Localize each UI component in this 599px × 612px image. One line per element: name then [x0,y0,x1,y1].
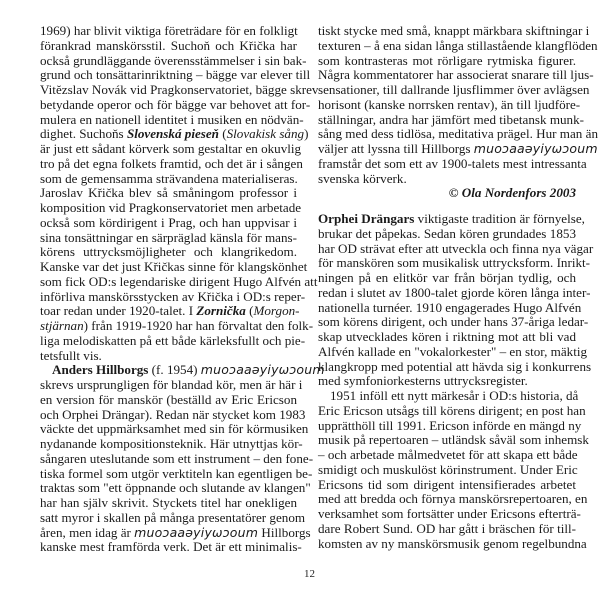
text-span: (f. 1954) [148,362,200,377]
text-line: mulera en nationell identitet i musiken … [40,113,297,128]
text-line: med att bredda och förnya manskörsrepert… [318,492,576,507]
text-line: och Orphei Drängar). Redan när stycket k… [40,408,297,423]
text-line: som de gemensamma strävandena materialis… [40,172,297,187]
work-title: muoɔaaəyiyωɔoum [134,525,258,540]
text-span: dighet. Suchoňs [40,126,127,141]
text-line: Ericsons tid som dirigent intensifierade… [318,478,576,493]
text-line: brukar det påpekas. Sedan kören grundade… [318,227,576,242]
text-line: svenska körverk. [318,172,576,187]
text-line: Jaroslav Křička blev så småningom profes… [40,186,297,201]
text-line: nationella turnéer. 1910 engagerades Hug… [318,301,576,316]
text-line: redan i slutet av 1800-talet gjorde köre… [318,286,576,301]
document-page: 1969) har blivit viktiga företrädare för… [0,0,599,612]
work-title: muoɔaaəyiyωɔoum [474,141,598,156]
text-line: traktas som "ett öppnande och slutande a… [40,481,297,496]
text-line: komsten av ny manskörsmusik genom regelb… [318,537,576,552]
text-line: åren, men idag är muoɔaaəyiyωɔoum Hillbo… [40,526,297,541]
text-span: ) från 1919-1920 har han förvaltat den f… [84,318,313,333]
text-line: sina tonsättningar en särpräglad känsla … [40,231,297,246]
work-title: muoɔaaəyiyωɔoum [201,362,325,377]
text-line: också grundläggande överensstämmelser i … [40,54,297,69]
text-line: dare Robert Sund. OD har gått i bräschen… [318,522,576,537]
text-line: ningen på en elitkör var från början tyd… [318,271,576,286]
text-line: klangkropp med potential att hävda sig i… [318,360,576,375]
text-line: smidigt och muskulöst körinstrument. Und… [318,463,576,478]
text-span: Slovakisk sång [227,126,304,141]
text-span: viktigaste tradition är förnyelse, [414,211,585,226]
text-span: ) [304,126,308,141]
text-line: införliva manskörsstycken av Křička i OD… [40,290,297,305]
text-line: som kontrasteras mot rörligare rytmiska … [318,54,576,69]
text-line: skrevs ursprungligen för blandad kör, me… [40,378,297,393]
page-number: 12 [304,568,315,580]
text-line: Orphei Drängars viktigaste tradition är … [318,212,576,227]
text-line: sång med dess tidlösa, meditativa prägel… [318,127,576,142]
emphasis-text: Zornička [196,303,245,318]
text-span: väljer att lyssna till Hillborgs [318,141,474,156]
right-column: tiskt stycke med små, knappt märkbara sk… [318,24,576,551]
emphasis-text: Anders Hillborgs [52,362,148,377]
text-line: är just ett sådant körverk som gestaltar… [40,142,297,157]
text-line: horisont (kanske norrsken rentav), än ti… [318,98,576,113]
text-line: komposition vid Pragkonservatoriet men a… [40,201,297,216]
text-line: tetsfullt vis. [40,349,297,364]
text-line: musik på repertoaren – utländsk såväl so… [318,433,576,448]
text-line: har OD strävat efter att utveckla och fi… [318,242,576,257]
text-line: tiskt stycke med små, knappt märkbara sk… [318,24,576,39]
emphasis-text: Slovenská pieseň [127,126,219,141]
text-line: med symfoniorkesterns uttrycksregister. [318,374,576,389]
text-line: tiska formel som utgör verktiteln kan eg… [40,467,297,482]
text-line: Anders Hillborgs (f. 1954) muoɔaaəyiyωɔo… [40,363,297,378]
text-span: ( [219,126,227,141]
text-line: Eric Ericson utsågs till körens dirigent… [318,404,576,419]
text-line: Vitĕzslav Novák vid Pragkonservatoriet, … [40,83,297,98]
text-line: för manskören som musikalisk uttrycksfor… [318,256,576,271]
text-line: nydanande kompositionsteknik. Här utnytt… [40,437,297,452]
text-span: Morgon- [253,303,299,318]
text-line: som fick OD:s legendariske dirigent Hugo… [40,275,297,290]
text-line: väckte det uppmärksamhet med sin för kör… [40,422,297,437]
text-line: satt myror i skallen på många presentatö… [40,511,297,526]
text-line: 1951 inföll ett nytt märkesår i OD:s his… [318,389,576,404]
text-span: toar redan under 1920-talet. I [40,303,196,318]
text-line: ställningar, andra har jämfört med tibet… [318,113,576,128]
text-line: betydande operor och för bägge var behov… [40,98,297,113]
text-line: körens uttrycksmöjligheter och klangrike… [40,245,297,260]
text-line: upprätthöll till 1991. Ericson införde e… [318,419,576,434]
text-line: sångaren uteslutande som ett instrument … [40,452,297,467]
emphasis-text: Orphei Drängars [318,211,414,226]
text-line: liga melodiskatten på ett både kärleksfu… [40,334,297,349]
text-line: stjärnan) från 1919-1920 har han förvalt… [40,319,297,334]
text-line: kanske mest framförda verk. Det är ett m… [40,540,297,555]
text-line: 1969) har blivit viktiga företrädare för… [40,24,297,39]
text-line: en version för manskör (beställd av Eric… [40,393,297,408]
text-line: framstår det som ett av 1900-talets mest… [318,157,576,172]
text-span: Hillborgs [258,525,311,540]
author-signature: © Ola Nordenfors 2003 [318,186,576,201]
text-line: texturen – å ena sidan långa stillaståen… [318,39,576,54]
text-line: grund och tonsättarinriktning – bägge va… [40,68,297,83]
text-line: verksamhet som fortsätter under Ericsons… [318,507,576,522]
text-line: har han själv skrivit. Styckets titel ha… [40,496,297,511]
text-span: åren, men idag är [40,525,134,540]
text-line: skap utvecklades kören i riktning mot at… [318,330,576,345]
text-line: förankrad manskörsstil. Suchoň och Křičk… [40,39,297,54]
text-line: Kanske var det just Křičkas sinne för kl… [40,260,297,275]
text-line: tro på det egna folkets framtid, och det… [40,157,297,172]
text-line: Alfvén kallade en "vokalorkester" – en s… [318,345,576,360]
text-span: stjärnan [40,318,84,333]
text-line: sensationer, till dallrande ljusflimmer … [318,83,576,98]
text-line: också som kördirigent i Prag, och han up… [40,216,297,231]
text-line: som körens dirigent, och under hans 37-å… [318,315,576,330]
text-line: toar redan under 1920-talet. I Zornička … [40,304,297,319]
text-line: Några kommentatorer har associerat snara… [318,68,576,83]
text-line: – och arbetade målmedvetet för att skapa… [318,448,576,463]
text-line: dighet. Suchoňs Slovenská pieseň (Slovak… [40,127,297,142]
text-line: väljer att lyssna till Hillborgs muoɔaaə… [318,142,576,157]
left-column: 1969) har blivit viktiga företrädare för… [40,24,297,555]
